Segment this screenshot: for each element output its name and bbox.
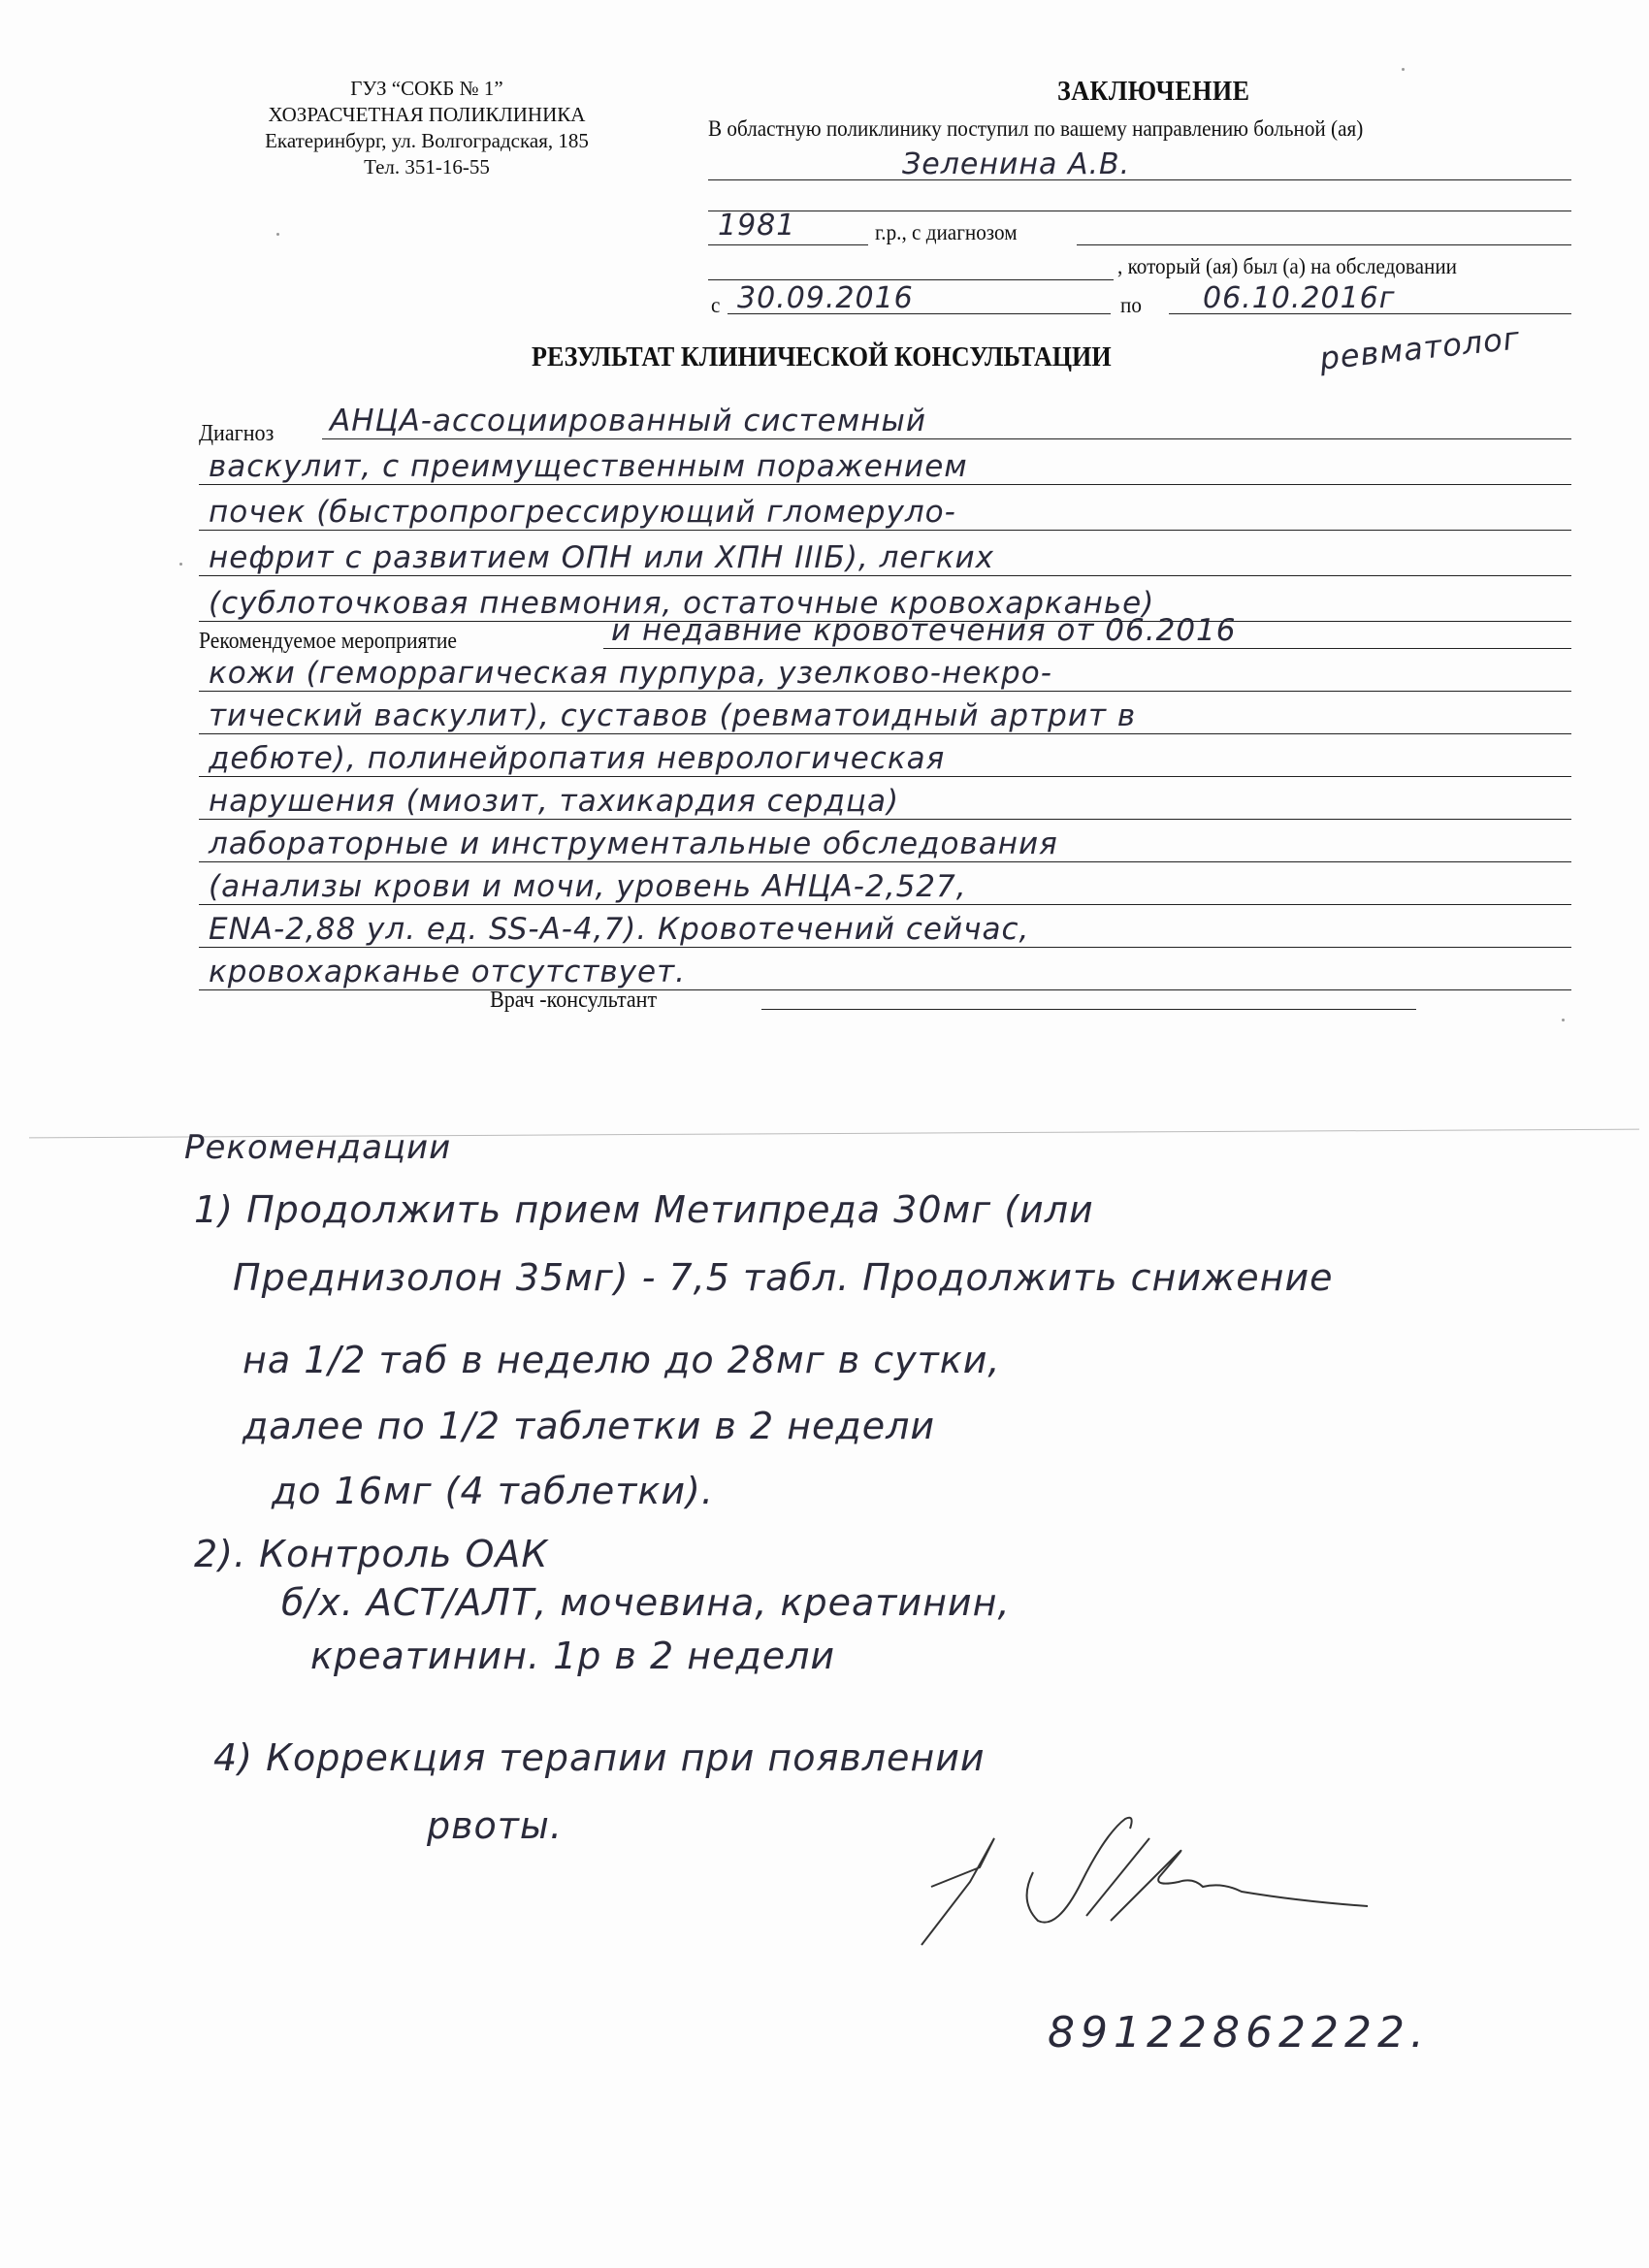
scan-speck	[179, 563, 182, 566]
recommendation-item: рвоты.	[427, 1804, 563, 1847]
doctor-label: Врач -консультант	[490, 988, 657, 1014]
handwritten-line: (анализы крови и мочи, уровень АНЦА-2,52…	[209, 869, 967, 904]
exam-label: , который (ая) был (а) на обследовании	[1117, 254, 1457, 279]
scan-speck	[276, 233, 279, 236]
underline	[322, 438, 1571, 439]
underline	[199, 904, 1571, 905]
handwritten-line: васкулит, с преимущественным поражением	[209, 449, 968, 484]
patient-name-field: Зеленина А.В.	[902, 147, 1130, 181]
recommendation-item: далее по 1/2 таблетки в 2 недели	[242, 1405, 935, 1447]
from-label: с	[711, 293, 720, 318]
diagnosis-label: Диагноз	[199, 421, 274, 447]
handwritten-line: тический васкулит), суставов (ревматоидн…	[209, 698, 1136, 733]
letterhead-org: ГУЗ “СОКБ № 1”	[233, 76, 621, 102]
handwritten-line: АНЦА-ассоциированный системный	[330, 404, 926, 438]
recommendation-item: 4) Коррекция терапии при появлении	[213, 1736, 986, 1779]
handwritten-line: нефрит с развитием ОПН или ХПН IIIБ), ле…	[209, 540, 994, 575]
contact-phone: 89122862222.	[1048, 2008, 1430, 2057]
handwritten-line: кровохарканье отсутствует.	[209, 955, 686, 989]
underline	[199, 691, 1571, 692]
recommendation-item: 1) Продолжить прием Метипреда 30мг (или	[194, 1188, 1094, 1231]
underline	[708, 179, 1571, 180]
intro-text: В областную поликлинику поступил по ваше…	[708, 116, 1363, 142]
recommendation-item: Преднизолон 35мг) - 7,5 табл. Продолжить…	[233, 1256, 1334, 1299]
underline	[1169, 313, 1571, 314]
recommendation-label: Рекомендуемое мероприятие	[199, 629, 457, 655]
underline	[199, 776, 1571, 777]
underline	[603, 648, 1571, 649]
underline	[199, 575, 1571, 576]
to-date-field: 06.10.2016г	[1203, 281, 1396, 315]
recommendation-item: б/х. АСТ/АЛТ, мочевина, креатинин,	[281, 1581, 1011, 1624]
handwritten-line: лабораторные и инструментальные обследов…	[209, 826, 1058, 861]
result-specialty-note: ревматолог	[1318, 319, 1523, 376]
document-title: ЗАКЛЮЧЕНИЕ	[1057, 76, 1249, 108]
handwritten-line: почек (быстропрогрессирующий гломеруло-	[209, 495, 956, 530]
underline	[727, 313, 1111, 314]
letterhead-department: ХОЗРАСЧЕТНАЯ ПОЛИКЛИНИКА	[233, 102, 621, 128]
underline	[1077, 244, 1571, 245]
handwritten-title: Рекомендации	[184, 1128, 451, 1167]
handwritten-line: кожи (геморрагическая пурпура, узелково-…	[209, 656, 1052, 691]
to-label: по	[1120, 293, 1142, 318]
recommendation-item: креатинин. 1р в 2 недели	[310, 1635, 835, 1677]
birth-year-field: 1981	[718, 209, 795, 243]
result-title: РЕЗУЛЬТАТ КЛИНИЧЕСКОЙ КОНСУЛЬТАЦИИ	[532, 341, 1112, 373]
from-date-field: 30.09.2016	[737, 281, 914, 315]
scan-speck	[1562, 1019, 1565, 1021]
underline	[199, 947, 1571, 948]
underline	[708, 211, 1571, 211]
handwritten-line: ENA-2,88 ул. ед. SS-A-4,7). Кровотечений…	[209, 912, 1029, 947]
handwritten-line: дебюте), полинейропатия неврологическая	[209, 741, 945, 776]
signature-icon	[912, 1814, 1416, 1950]
underline	[708, 244, 868, 245]
underline	[199, 861, 1571, 862]
letterhead: ГУЗ “СОКБ № 1” ХОЗРАСЧЕТНАЯ ПОЛИКЛИНИКА …	[233, 76, 621, 180]
doctor-signature-line	[761, 1009, 1416, 1010]
letterhead-phone: Тел. 351-16-55	[233, 154, 621, 180]
recommendation-item: на 1/2 таб в неделю до 28мг в сутки,	[242, 1339, 1000, 1381]
birth-year-label: г.р., с диагнозом	[875, 220, 1018, 245]
underline	[199, 484, 1571, 485]
handwritten-line: нарушения (миозит, тахикардия сердца)	[209, 784, 899, 819]
scan-speck	[1402, 68, 1405, 71]
underline	[199, 819, 1571, 820]
recommendation-item: до 16мг (4 таблетки).	[272, 1470, 714, 1512]
recommendation-item: 2). Контроль ОАК	[194, 1533, 548, 1575]
handwritten-line: и недавние кровотечения от 06.2016	[611, 613, 1237, 648]
underline	[199, 530, 1571, 531]
letterhead-address: Екатеринбург, ул. Волгоградская, 185	[233, 128, 621, 154]
underline	[199, 989, 1571, 990]
underline	[708, 279, 1114, 280]
scanned-document: ГУЗ “СОКБ № 1” ХОЗРАСЧЕТНАЯ ПОЛИКЛИНИКА …	[0, 0, 1649, 2268]
underline	[199, 733, 1571, 734]
